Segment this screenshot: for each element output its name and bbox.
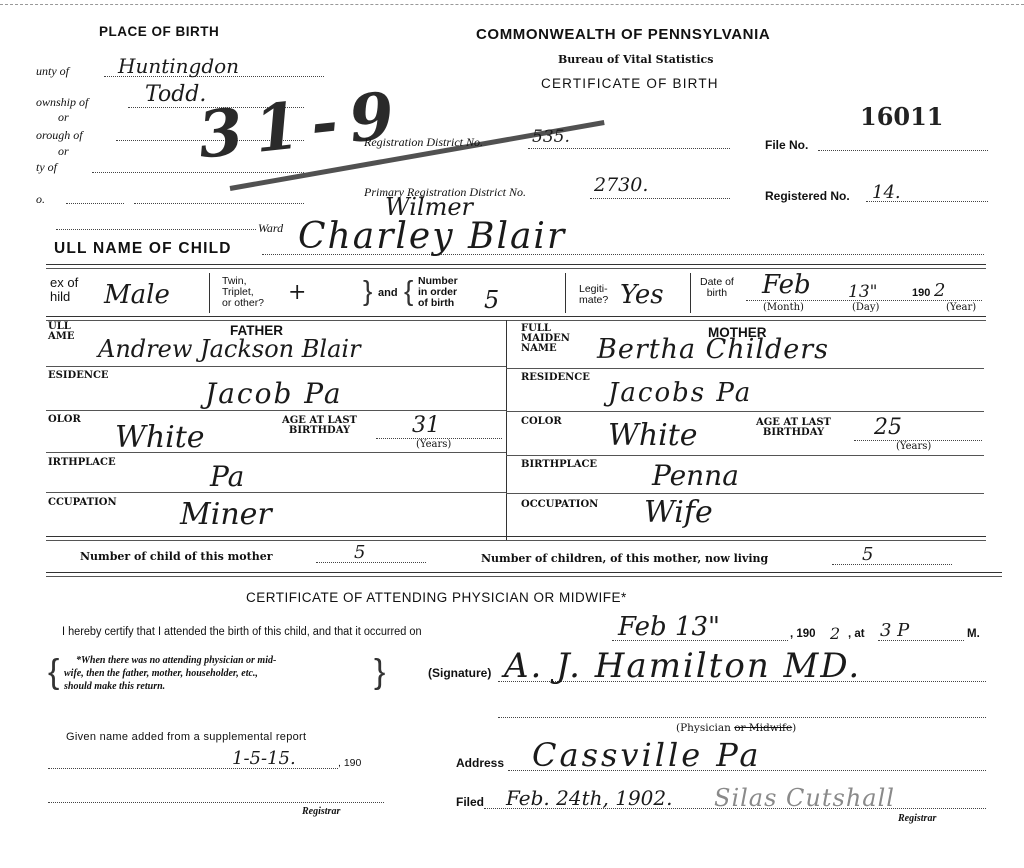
filed-value: Feb. 24th, 1902. (506, 786, 672, 810)
row-rule (46, 366, 506, 367)
physician-caption: (Physician or Midwife) (676, 722, 796, 734)
father-name-value: Andrew Jackson Blair (98, 335, 361, 363)
physician-caption-end: ) (792, 722, 796, 734)
living-value: 5 (862, 544, 873, 565)
city-label: ty of (36, 160, 57, 175)
place-of-birth-heading: PLACE OF BIRTH (99, 24, 219, 39)
physician-heading: CERTIFICATE OF ATTENDING PHYSICIAN OR MI… (246, 590, 627, 605)
father-years-caption: (Years) (416, 439, 451, 450)
mother-occupation-label: OCCUPATION (521, 500, 598, 510)
dob-year-value: 2 (934, 280, 945, 301)
order-value: 5 (484, 286, 499, 314)
father-occupation-value: Miner (180, 497, 272, 532)
father-birthplace-label: IRTHPLACE (48, 458, 116, 468)
father-residence-value: Jacob Pa (205, 377, 343, 410)
order-label-line-3: of birth (418, 298, 458, 309)
row-rule (506, 493, 984, 494)
at-label: , at (848, 628, 865, 640)
child-name-label: ULL NAME OF CHILD (54, 240, 232, 258)
father-age-label-line-2: BIRTHDAY (282, 426, 357, 436)
occurred-value: Feb 13" (618, 612, 720, 642)
file-no-line (818, 150, 988, 151)
rule (46, 268, 986, 269)
borough-label: orough of (36, 128, 83, 143)
supplemental-registrar-caption: Registrar (302, 806, 340, 817)
row-rule (46, 410, 506, 411)
supplemental-registrar-line (48, 802, 384, 803)
county-value: Huntingdon (118, 54, 239, 78)
occurred-year-prefix: , 190 (790, 628, 816, 640)
certificate-title: CERTIFICATE OF BIRTH (541, 76, 719, 91)
father-name-label: ULL AME (48, 322, 74, 342)
row-rule (506, 368, 984, 369)
divider (565, 273, 566, 313)
signature-line-2 (498, 717, 986, 718)
rule (46, 264, 986, 265)
registration-district-value: 535. (532, 127, 570, 147)
mother-years-caption: (Years) (896, 441, 931, 452)
midwife-struck-text: or Midwife (734, 722, 792, 734)
mother-color-value: White (608, 418, 698, 453)
mother-residence-label: RESIDENCE (521, 373, 590, 383)
primary-district-line (590, 198, 730, 199)
street-field-line (134, 203, 304, 204)
mother-name-label-line-3: NAME (521, 344, 570, 354)
primary-district-value: 2730. (594, 174, 648, 196)
father-age-label: AGE AT LAST BIRTHDAY (282, 416, 357, 436)
rule (46, 316, 986, 317)
registered-no-label: Registered No. (765, 189, 850, 203)
mother-birthplace-label: BIRTHPLACE (521, 460, 597, 470)
footnote-line-2: wife, then the father, mother, household… (64, 667, 276, 680)
month-caption: (Month) (763, 302, 804, 313)
supplemental-date-value: 1-5-15. (232, 748, 296, 769)
legit-label: Legiti- mate? (579, 284, 608, 306)
mother-color-label: COLOR (521, 417, 562, 427)
living-line (832, 564, 952, 565)
registration-district-label: Registration District No. (364, 135, 483, 150)
brace-right: { (404, 276, 413, 306)
sex-label: ex of hild (50, 276, 78, 304)
and-label: and (378, 288, 398, 299)
mother-name-value: Bertha Childers (597, 334, 829, 365)
footnote-brace-right: } (374, 652, 385, 692)
no-field-line (66, 203, 124, 204)
rule (46, 576, 1002, 577)
supplemental-label: Given name added from a supplemental rep… (66, 731, 306, 743)
father-color-value: White (115, 420, 205, 455)
footnote: *When there was no attending physician o… (64, 654, 276, 693)
day-caption: (Day) (852, 302, 879, 313)
supplemental-year-suffix: , 190 (338, 757, 361, 769)
year-caption: (Year) (946, 302, 976, 313)
ward-label: Ward (258, 221, 283, 236)
father-age-value: 31 (412, 413, 440, 438)
dob-label-line-2: birth (700, 288, 734, 299)
divider (690, 273, 691, 313)
brace-left: } (363, 276, 372, 306)
signature-label: (Signature) (428, 666, 491, 680)
footnote-line-3: should make this return. (64, 680, 276, 693)
rule (46, 536, 986, 537)
mother-age-label: AGE AT LAST BIRTHDAY (756, 418, 831, 438)
mother-age-value: 25 (874, 415, 902, 440)
child-name-value: Charley Blair (298, 216, 566, 257)
m-label: M. (967, 628, 980, 640)
sex-label-line-1: ex of (50, 276, 78, 290)
legit-value: Yes (620, 280, 664, 310)
row-rule (46, 452, 506, 453)
or-label-1: or (58, 110, 69, 125)
rule (46, 540, 986, 541)
rule (46, 572, 1002, 573)
row-rule (46, 492, 506, 493)
child-number-value: 5 (354, 542, 365, 563)
or-label-2: or (58, 144, 69, 159)
parents-divider (506, 320, 507, 540)
divider (209, 273, 210, 313)
address-label: Address (456, 756, 504, 770)
filed-label: Filed (456, 795, 484, 809)
physician-caption-text: (Physician (676, 722, 734, 734)
twin-label: Twin, Triplet, or other? (222, 276, 264, 309)
mother-birthplace-value: Penna (652, 459, 739, 492)
child-number-line (316, 562, 426, 563)
ward-field-line (56, 229, 256, 230)
city-field-line (92, 172, 304, 173)
sex-label-line-2: hild (50, 290, 78, 304)
footnote-brace-left: { (48, 652, 59, 692)
father-residence-label: ESIDENCE (48, 371, 109, 381)
top-edge (0, 4, 1024, 5)
order-label: Number in order of birth (418, 276, 458, 309)
registrar-caption: Registrar (898, 813, 936, 824)
father-birthplace-value: Pa (210, 460, 244, 493)
mother-residence-value: Jacobs Pa (608, 378, 752, 408)
dob-month: Feb (762, 270, 811, 300)
mother-age-label-line-2: BIRTHDAY (756, 428, 831, 438)
commonwealth-title: COMMONWEALTH OF PENNSYLVANIA (476, 26, 770, 43)
dob-day: 13" (848, 282, 877, 302)
twin-label-line-3: or other? (222, 298, 264, 309)
row-rule (506, 455, 984, 456)
rule (46, 320, 986, 321)
certificate-number: 16011 (860, 102, 944, 131)
file-no-label: File No. (765, 138, 808, 152)
row-rule (506, 411, 984, 412)
dob-label: Date of birth (700, 277, 734, 299)
father-name-label-line-2: AME (48, 332, 74, 342)
time-value: 3 P (880, 620, 909, 641)
county-label: unty of (36, 64, 69, 79)
registered-no-value: 14. (872, 182, 901, 203)
certify-text: I hereby certify that I attended the bir… (62, 626, 422, 638)
twin-value: + (288, 280, 306, 305)
child-number-label: Number of child of this mother (80, 550, 273, 563)
legit-label-line-2: mate? (579, 295, 608, 306)
sex-value: Male (104, 280, 170, 310)
father-occupation-label: CCUPATION (48, 498, 117, 508)
township-label: ownship of (36, 95, 88, 110)
footnote-line-1: *When there was no attending physician o… (64, 654, 276, 667)
registration-district-line (528, 148, 730, 149)
signature-value: A. J. Hamilton MD. (504, 646, 861, 686)
bureau-subtitle: Bureau of Vital Statistics (558, 53, 713, 66)
mother-occupation-value: Wife (644, 495, 713, 530)
father-color-label: OLOR (48, 415, 81, 425)
address-value: Cassville Pa (532, 736, 761, 774)
no-label: o. (36, 192, 45, 207)
dob-year-prefix: 190 (912, 287, 930, 299)
registrar-signature: Silas Cutshall (714, 784, 895, 812)
occurred-year-value: 2 (830, 624, 840, 643)
mother-name-label: FULL MAIDEN NAME (521, 324, 570, 354)
living-label: Number of children, of this mother, now … (481, 552, 768, 565)
